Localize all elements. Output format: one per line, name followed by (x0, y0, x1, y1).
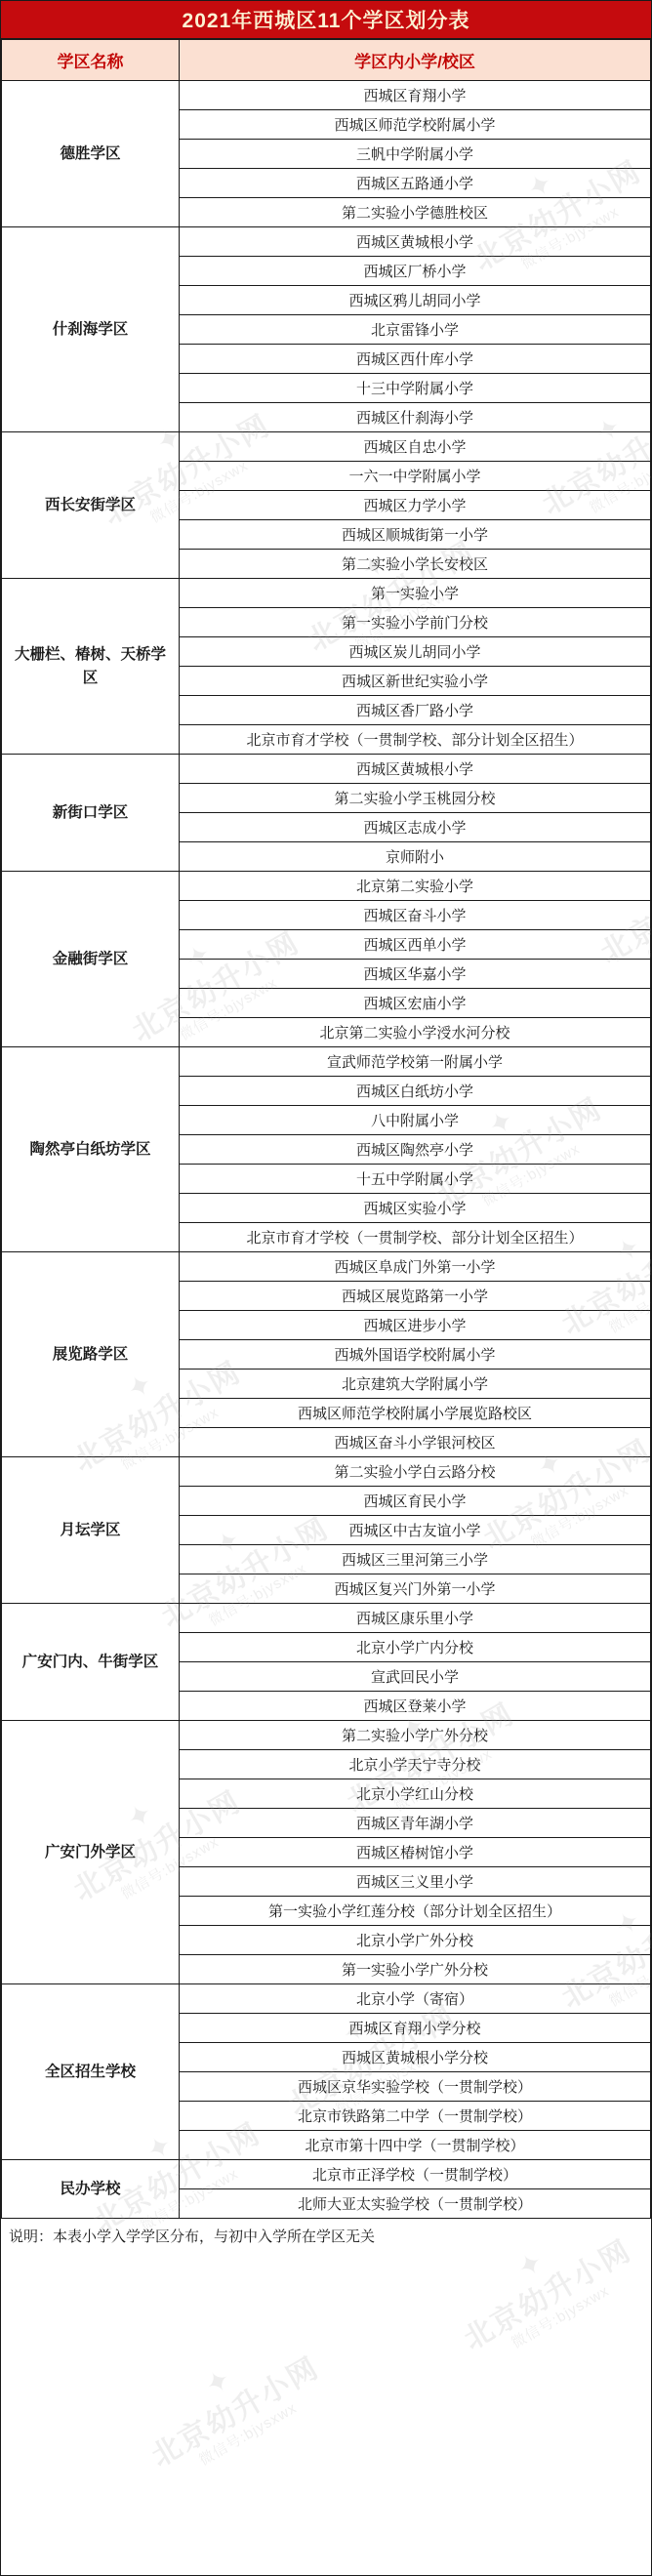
school-name-cell: 第二实验小学长安校区 (180, 550, 651, 579)
school-name-cell: 北京市铁路第二中学（一贯制学校） (180, 2102, 651, 2131)
district-name-cell: 全区招生学校 (2, 1984, 180, 2160)
school-name-cell: 西城区西单小学 (180, 930, 651, 960)
school-name-cell: 西城区师范学校附属小学 (180, 110, 651, 140)
district-table: 学区名称 学区内小学/校区 德胜学区西城区育翔小学西城区师范学校附属小学三帆中学… (1, 39, 651, 2219)
district-name-cell: 金融街学区 (2, 872, 180, 1047)
school-name-cell: 西城区登莱小学 (180, 1692, 651, 1721)
school-name-cell: 第一实验小学红莲分校（部分计划全区招生） (180, 1897, 651, 1926)
school-name-cell: 北京市第十四中学（一贯制学校） (180, 2131, 651, 2160)
school-name-cell: 西城区华嘉小学 (180, 960, 651, 989)
school-name-cell: 西城区黄城根小学 (180, 755, 651, 784)
district-name-cell: 广安门内、牛街学区 (2, 1604, 180, 1721)
school-name-cell: 西城区三里河第三小学 (180, 1545, 651, 1574)
column-header-district: 学区名称 (2, 40, 180, 81)
school-name-cell: 第二实验小学广外分校 (180, 1721, 651, 1750)
school-name-cell: 十三中学附属小学 (180, 374, 651, 403)
district-name-cell: 月坛学区 (2, 1457, 180, 1604)
district-name-cell: 什刹海学区 (2, 227, 180, 432)
school-name-cell: 北京雷锋小学 (180, 315, 651, 345)
school-name-cell: 西城区五路通小学 (180, 169, 651, 198)
table-row: 什刹海学区西城区黄城根小学 (2, 227, 651, 257)
district-name-cell: 陶然亭白纸坊学区 (2, 1047, 180, 1252)
header-row: 学区名称 学区内小学/校区 (2, 40, 651, 81)
school-name-cell: 北京小学广外分校 (180, 1926, 651, 1955)
watermark-wechat-text: 微信号:bjysxwx (475, 2264, 646, 2372)
school-name-cell: 西城区顺城街第一小学 (180, 520, 651, 550)
footnote: 说明：本表小学入学学区分布，与初中入学所在学区无关 (1, 2219, 651, 2252)
school-name-cell: 第一实验小学 (180, 579, 651, 608)
school-name-cell: 北京小学红山分校 (180, 1779, 651, 1809)
school-name-cell: 北京小学广内分校 (180, 1633, 651, 1662)
school-name-cell: 北京第二实验小学涭水河分校 (180, 1018, 651, 1047)
school-name-cell: 西城区香厂路小学 (180, 696, 651, 725)
school-name-cell: 西城区志成小学 (180, 813, 651, 842)
school-name-cell: 西城区育民小学 (180, 1487, 651, 1516)
school-name-cell: 第一实验小学广外分校 (180, 1955, 651, 1984)
school-name-cell: 西城区实验小学 (180, 1194, 651, 1223)
table-row: 新街口学区西城区黄城根小学 (2, 755, 651, 784)
table-row: 展览路学区西城区阜成门外第一小学 (2, 1252, 651, 1282)
district-name-cell: 新街口学区 (2, 755, 180, 872)
table-row: 陶然亭白纸坊学区宣武师范学校第一附属小学 (2, 1047, 651, 1077)
district-name-cell: 民办学校 (2, 2160, 180, 2219)
school-name-cell: 北京建筑大学附属小学 (180, 1370, 651, 1399)
watermark-site-text: 北京幼升小网 (146, 2351, 326, 2474)
table-row: 月坛学区第二实验小学白云路分校 (2, 1457, 651, 1487)
school-name-cell: 第二实验小学白云路分校 (180, 1457, 651, 1487)
school-name-cell: 西城区椿树馆小学 (180, 1838, 651, 1867)
school-name-cell: 西城区中古友谊小学 (180, 1516, 651, 1545)
school-name-cell: 西城区力学小学 (180, 491, 651, 520)
table-row: 西长安街学区西城区自忠小学 (2, 432, 651, 462)
school-name-cell: 西城区康乐里小学 (180, 1604, 651, 1633)
school-name-cell: 西城区西什库小学 (180, 345, 651, 374)
school-name-cell: 西城外国语学校附属小学 (180, 1340, 651, 1370)
school-name-cell: 西城区什刹海小学 (180, 403, 651, 432)
school-name-cell: 西城区厂桥小学 (180, 257, 651, 286)
school-name-cell: 第二实验小学德胜校区 (180, 198, 651, 227)
school-name-cell: 西城区黄城根小学分校 (180, 2043, 651, 2072)
table-row: 广安门内、牛街学区西城区康乐里小学 (2, 1604, 651, 1633)
column-header-schools: 学区内小学/校区 (180, 40, 651, 81)
school-name-cell: 西城区阜成门外第一小学 (180, 1252, 651, 1282)
table-row: 广安门外学区第二实验小学广外分校 (2, 1721, 651, 1750)
school-name-cell: 西城区自忠小学 (180, 432, 651, 462)
school-name-cell: 宣武回民小学 (180, 1662, 651, 1692)
watermark-site-text: 北京幼升小网 (459, 2234, 638, 2357)
district-name-cell: 广安门外学区 (2, 1721, 180, 1984)
star-burst-icon: ✦ (129, 2322, 308, 2445)
school-name-cell: 北京市育才学校（一贯制学校、部分计划全区招生） (180, 1223, 651, 1252)
school-name-cell: 西城区复兴门外第一小学 (180, 1574, 651, 1604)
school-name-cell: 西城区师范学校附属小学展览路校区 (180, 1399, 651, 1428)
school-name-cell: 京师附小 (180, 842, 651, 872)
school-name-cell: 北京小学（寄宿） (180, 1984, 651, 2014)
school-name-cell: 西城区陶然亭小学 (180, 1135, 651, 1165)
school-name-cell: 北师大亚太实验学校（一贯制学校） (180, 2189, 651, 2219)
school-name-cell: 宣武师范学校第一附属小学 (180, 1047, 651, 1077)
school-name-cell: 西城区三义里小学 (180, 1867, 651, 1897)
school-name-cell: 西城区白纸坊小学 (180, 1077, 651, 1106)
school-name-cell: 八中附属小学 (180, 1106, 651, 1135)
school-name-cell: 北京第二实验小学 (180, 872, 651, 901)
school-name-cell: 一六一中学附属小学 (180, 462, 651, 491)
watermark-wechat-text: 微信号:bjysxwx (163, 2381, 334, 2489)
school-name-cell: 北京市育才学校（一贯制学校、部分计划全区招生） (180, 725, 651, 755)
school-name-cell: 西城区鸦儿胡同小学 (180, 286, 651, 315)
school-name-cell: 第二实验小学玉桃园分校 (180, 784, 651, 813)
school-name-cell: 西城区展览路第一小学 (180, 1282, 651, 1311)
school-name-cell: 西城区育翔小学分校 (180, 2014, 651, 2043)
school-name-cell: 三帆中学附属小学 (180, 140, 651, 169)
table-row: 民办学校北京市正泽学校（一贯制学校） (2, 2160, 651, 2189)
school-name-cell: 北京小学天宁寺分校 (180, 1750, 651, 1779)
page-title: 2021年西城区11个学区划分表 (1, 1, 651, 39)
school-name-cell: 西城区青年湖小学 (180, 1809, 651, 1838)
district-name-cell: 大栅栏、椿树、天桥学区 (2, 579, 180, 755)
school-name-cell: 第一实验小学前门分校 (180, 608, 651, 637)
table-row: 全区招生学校北京小学（寄宿） (2, 1984, 651, 2014)
watermark: ✦北京幼升小网微信号:bjysxwx (129, 2322, 333, 2489)
table-row: 大栅栏、椿树、天桥学区第一实验小学 (2, 579, 651, 608)
school-name-cell: 西城区京华实验学校（一贯制学校） (180, 2072, 651, 2102)
school-name-cell: 西城区黄城根小学 (180, 227, 651, 257)
district-name-cell: 西长安街学区 (2, 432, 180, 579)
school-name-cell: 西城区宏庙小学 (180, 989, 651, 1018)
school-name-cell: 西城区新世纪实验小学 (180, 667, 651, 696)
district-name-cell: 展览路学区 (2, 1252, 180, 1457)
district-name-cell: 德胜学区 (2, 81, 180, 227)
table-row: 金融街学区北京第二实验小学 (2, 872, 651, 901)
school-name-cell: 北京市正泽学校（一贯制学校） (180, 2160, 651, 2189)
table-row: 德胜学区西城区育翔小学 (2, 81, 651, 110)
school-name-cell: 十五中学附属小学 (180, 1165, 651, 1194)
school-name-cell: 西城区育翔小学 (180, 81, 651, 110)
school-district-table-page: 2021年西城区11个学区划分表 学区名称 学区内小学/校区 德胜学区西城区育翔… (0, 0, 652, 2576)
school-name-cell: 西城区奋斗小学银河校区 (180, 1428, 651, 1457)
school-name-cell: 西城区奋斗小学 (180, 901, 651, 930)
school-name-cell: 西城区炭儿胡同小学 (180, 637, 651, 667)
school-name-cell: 西城区进步小学 (180, 1311, 651, 1340)
